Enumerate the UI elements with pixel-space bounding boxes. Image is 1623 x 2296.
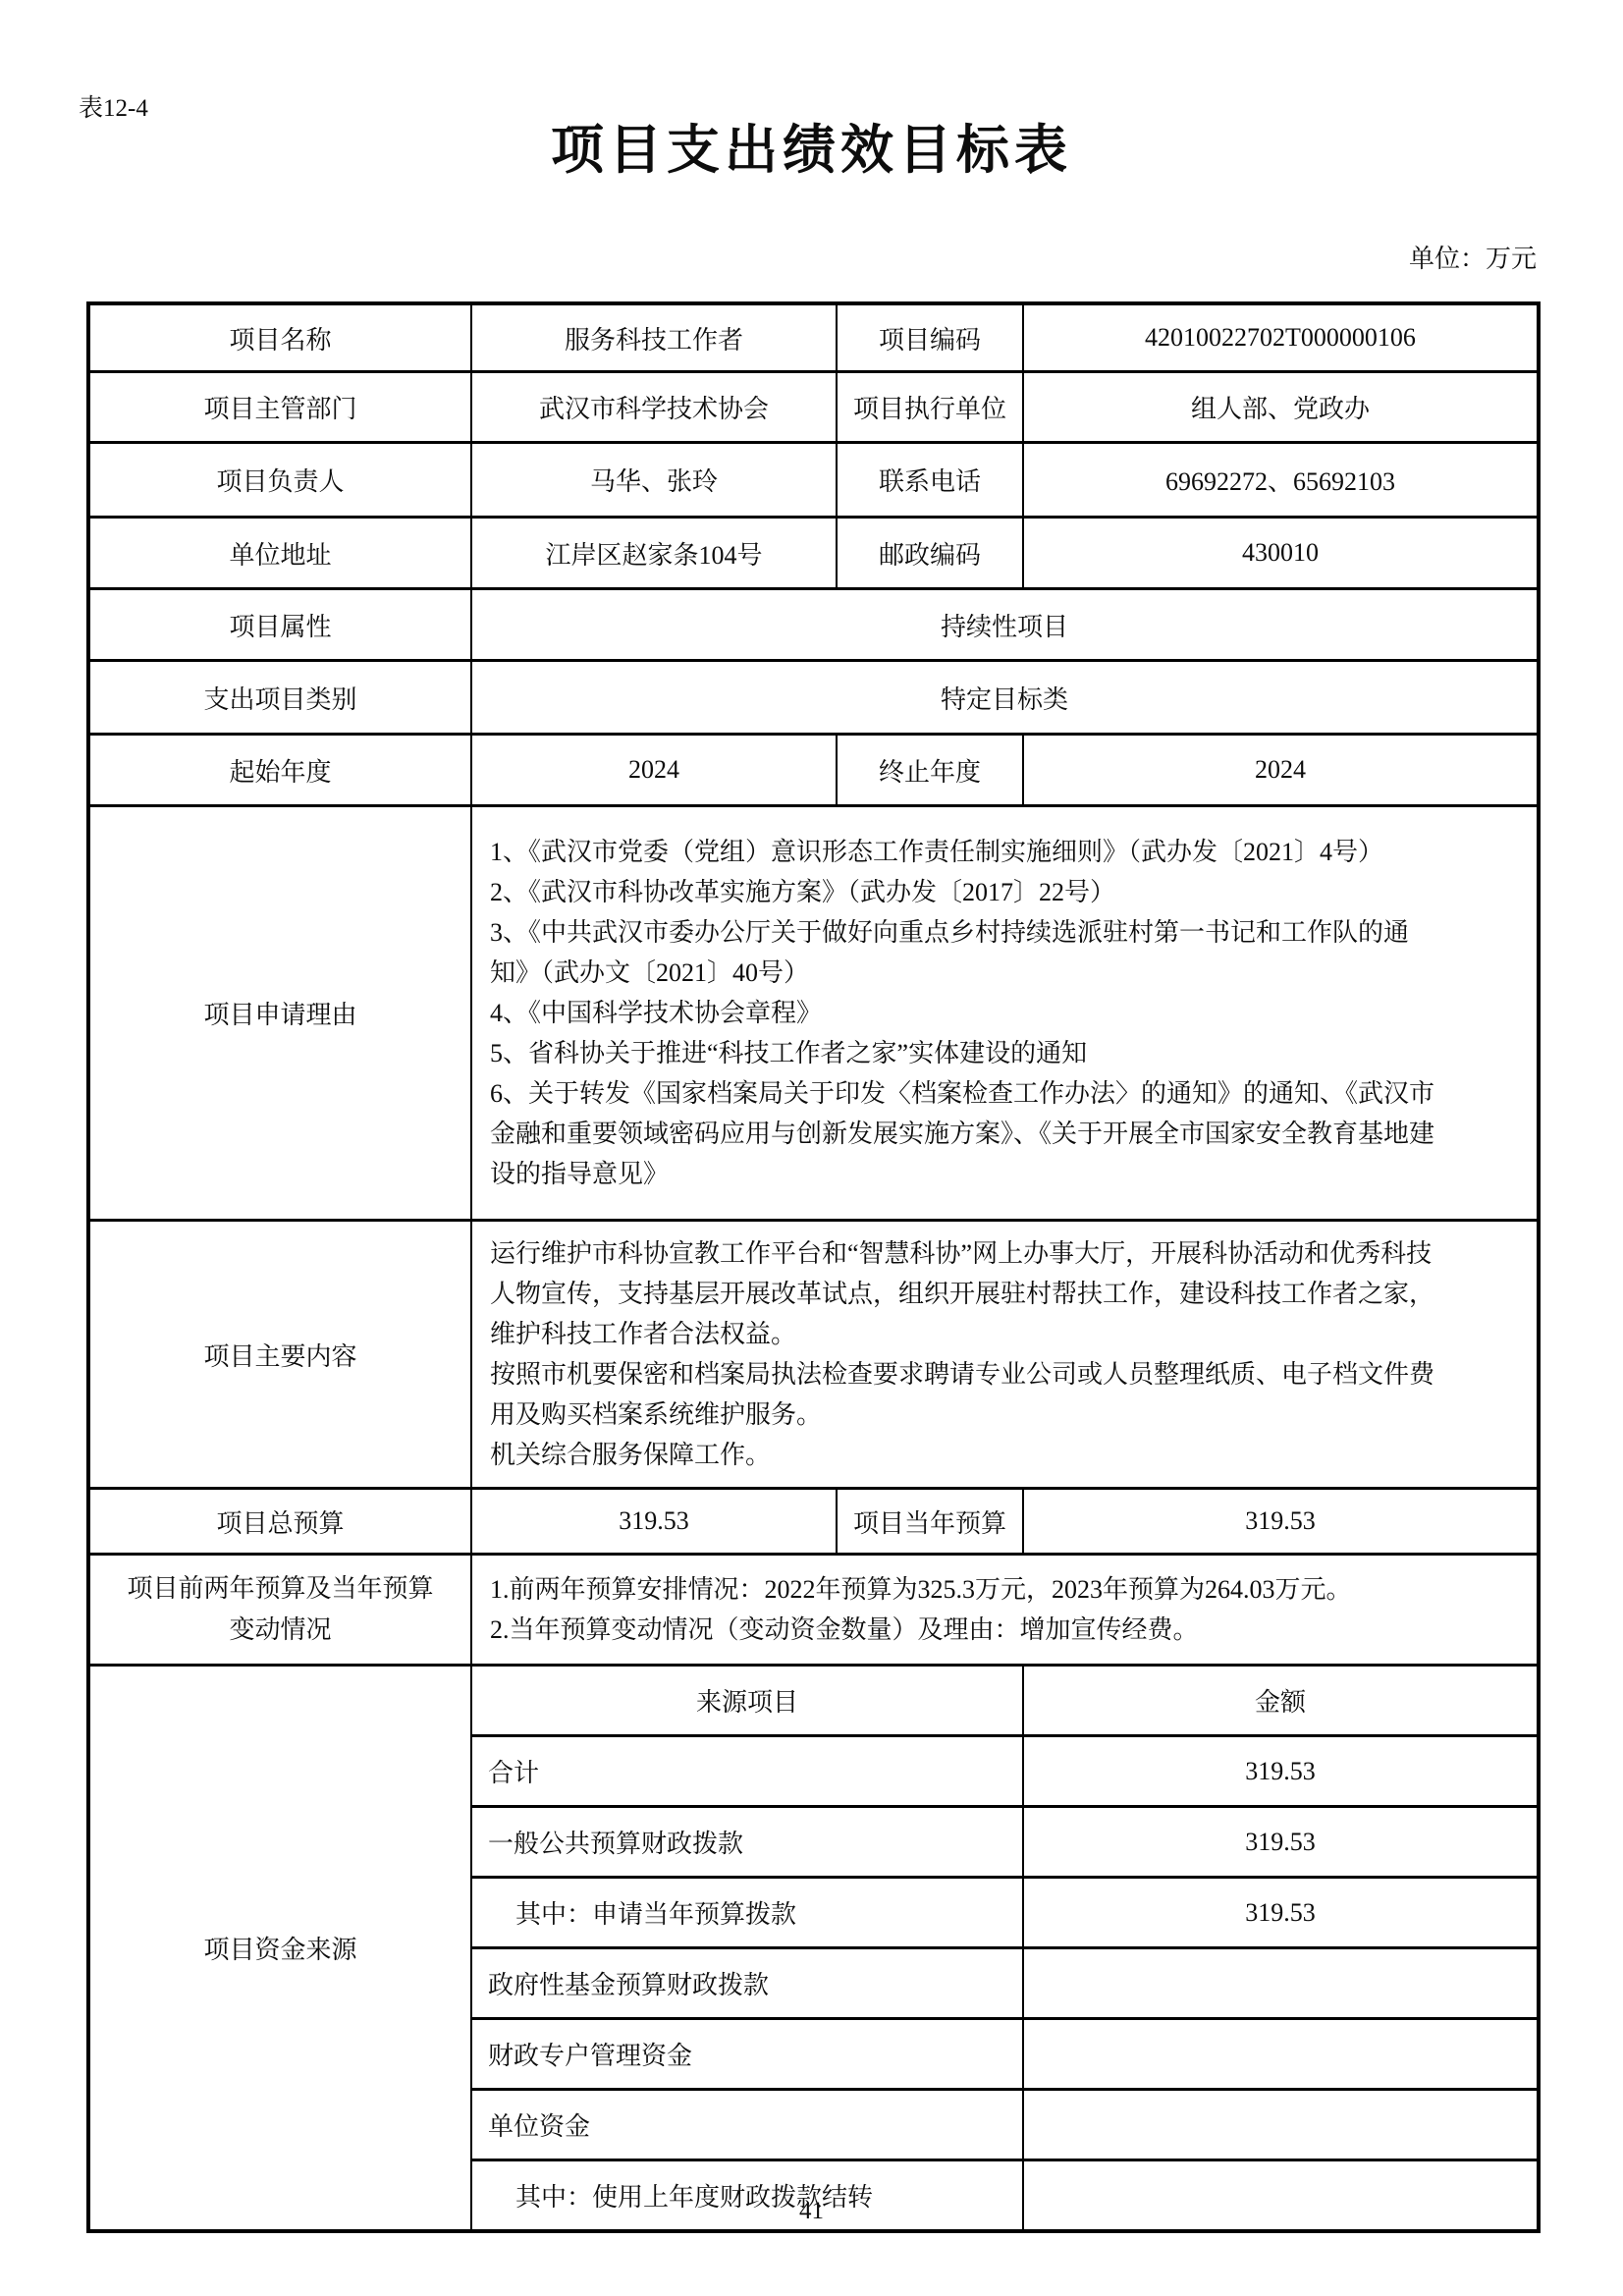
phone-label: 联系电话 xyxy=(837,443,1023,518)
postcode-label: 邮政编码 xyxy=(837,518,1023,589)
reason-line: 5、省科协关于推进“科技工作者之家”实体建设的通知 xyxy=(490,1033,1438,1073)
end-year-label: 终止年度 xyxy=(837,735,1023,806)
category-value: 特定目标类 xyxy=(471,661,1539,735)
budget-change-label: 项目前两年预算及当年预算变动情况 xyxy=(88,1555,471,1666)
address-label: 单位地址 xyxy=(88,518,471,589)
table-row: 项目主要内容 运行维护市科协宣教工作平台和“智慧科协”网上办事大厅，开展科协活动… xyxy=(88,1221,1539,1489)
address-value: 江岸区赵家条104号 xyxy=(471,518,837,589)
funding-item-amount xyxy=(1023,2090,1539,2160)
table-row: 项目负责人 马华、张玲 联系电话 69692272、65692103 xyxy=(88,443,1539,518)
funding-item-amount: 319.53 xyxy=(1023,1878,1539,1948)
table-row: 支出项目类别 特定目标类 xyxy=(88,661,1539,735)
exec-unit-value: 组人部、党政办 xyxy=(1023,372,1539,443)
leader-value: 马华、张玲 xyxy=(471,443,837,518)
funding-source-header: 来源项目 xyxy=(471,1666,1023,1736)
attribute-value: 持续性项目 xyxy=(471,589,1539,661)
funding-item-amount xyxy=(1023,2019,1539,2090)
exec-unit-label: 项目执行单位 xyxy=(837,372,1023,443)
table-row: 项目属性 持续性项目 xyxy=(88,589,1539,661)
content-line: 运行维护市科协宣教工作平台和“智慧科协”网上办事大厅，开展科协活动和优秀科技人物… xyxy=(490,1233,1438,1354)
end-year-value: 2024 xyxy=(1023,735,1539,806)
reason-line: 1、《武汉市党委（党组）意识形态工作责任制实施细则》（武办发〔2021〕4号） xyxy=(490,832,1438,872)
postcode-value: 430010 xyxy=(1023,518,1539,589)
reason-line: 4、《中国科学技术协会章程》 xyxy=(490,993,1438,1033)
funding-item-source: 财政专户管理资金 xyxy=(471,2019,1023,2090)
table-row: 项目资金来源 来源项目 金额 xyxy=(88,1666,1539,1736)
document-page: 表12-4 项目支出绩效目标表 单位：万元 项目名称 服务科技工作者 项目编码 … xyxy=(0,0,1623,2296)
reason-content: 1、《武汉市党委（党组）意识形态工作责任制实施细则》（武办发〔2021〕4号） … xyxy=(471,806,1539,1221)
table-row: 项目名称 服务科技工作者 项目编码 42010022702T000000106 xyxy=(88,303,1539,372)
table-row: 项目总预算 319.53 项目当年预算 319.53 xyxy=(88,1489,1539,1555)
project-code-value: 42010022702T000000106 xyxy=(1023,303,1539,372)
performance-target-table: 项目名称 服务科技工作者 项目编码 42010022702T000000106 … xyxy=(86,301,1541,2233)
reason-line: 6、关于转发《国家档案局关于印发〈档案检查工作办法〉的通知》的通知、《武汉市金融… xyxy=(490,1073,1438,1194)
funding-item-amount: 319.53 xyxy=(1023,1807,1539,1878)
project-name-value: 服务科技工作者 xyxy=(471,303,837,372)
table-row: 单位地址 江岸区赵家条104号 邮政编码 430010 xyxy=(88,518,1539,589)
funding-item-amount: 319.53 xyxy=(1023,1736,1539,1807)
total-budget-label: 项目总预算 xyxy=(88,1489,471,1555)
content-line: 按照市机要保密和档案局执法检查要求聘请专业公司或人员整理纸质、电子档文件费用及购… xyxy=(490,1354,1438,1435)
unit-note: 单位：万元 xyxy=(86,239,1537,275)
start-year-label: 起始年度 xyxy=(88,735,471,806)
project-code-label: 项目编码 xyxy=(837,303,1023,372)
change-line: 2.当年预算变动情况（变动资金数量）及理由：增加宣传经费。 xyxy=(490,1610,1438,1650)
content-line: 机关综合服务保障工作。 xyxy=(490,1435,1438,1475)
reason-label: 项目申请理由 xyxy=(88,806,471,1221)
funding-item-amount xyxy=(1023,1948,1539,2019)
funding-source-label: 项目资金来源 xyxy=(88,1666,471,2232)
dept-label: 项目主管部门 xyxy=(88,372,471,443)
category-label: 支出项目类别 xyxy=(88,661,471,735)
funding-amount-header: 金额 xyxy=(1023,1666,1539,1736)
dept-value: 武汉市科学技术协会 xyxy=(471,372,837,443)
table-row: 起始年度 2024 终止年度 2024 xyxy=(88,735,1539,806)
page-number: 41 xyxy=(0,2198,1623,2225)
start-year-value: 2024 xyxy=(471,735,837,806)
current-budget-value: 319.53 xyxy=(1023,1489,1539,1555)
budget-change-text: 1.前两年预算安排情况：2022年预算为325.3万元，2023年预算为264.… xyxy=(471,1555,1539,1666)
funding-item-source: 一般公共预算财政拨款 xyxy=(471,1807,1023,1878)
main-content-text: 运行维护市科协宣教工作平台和“智慧科协”网上办事大厅，开展科协活动和优秀科技人物… xyxy=(471,1221,1539,1489)
phone-value: 69692272、65692103 xyxy=(1023,443,1539,518)
main-content-label: 项目主要内容 xyxy=(88,1221,471,1489)
reason-line: 2、《武汉市科协改革实施方案》（武办发〔2017〕22号） xyxy=(490,872,1438,912)
funding-item-source: 合计 xyxy=(471,1736,1023,1807)
reason-line: 3、《中共武汉市委办公厅关于做好向重点乡村持续选派驻村第一书记和工作队的通知》（… xyxy=(490,912,1438,993)
table-row: 项目主管部门 武汉市科学技术协会 项目执行单位 组人部、党政办 xyxy=(88,372,1539,443)
change-line: 1.前两年预算安排情况：2022年预算为325.3万元，2023年预算为264.… xyxy=(490,1569,1438,1610)
attribute-label: 项目属性 xyxy=(88,589,471,661)
page-title: 项目支出绩效目标表 xyxy=(0,108,1623,184)
leader-label: 项目负责人 xyxy=(88,443,471,518)
project-name-label: 项目名称 xyxy=(88,303,471,372)
funding-item-source: 其中：申请当年预算拨款 xyxy=(471,1878,1023,1948)
total-budget-value: 319.53 xyxy=(471,1489,837,1555)
funding-item-source: 政府性基金预算财政拨款 xyxy=(471,1948,1023,2019)
table-row: 项目申请理由 1、《武汉市党委（党组）意识形态工作责任制实施细则》（武办发〔20… xyxy=(88,806,1539,1221)
funding-item-source: 单位资金 xyxy=(471,2090,1023,2160)
current-budget-label: 项目当年预算 xyxy=(837,1489,1023,1555)
table-row: 项目前两年预算及当年预算变动情况 1.前两年预算安排情况：2022年预算为325… xyxy=(88,1555,1539,1666)
